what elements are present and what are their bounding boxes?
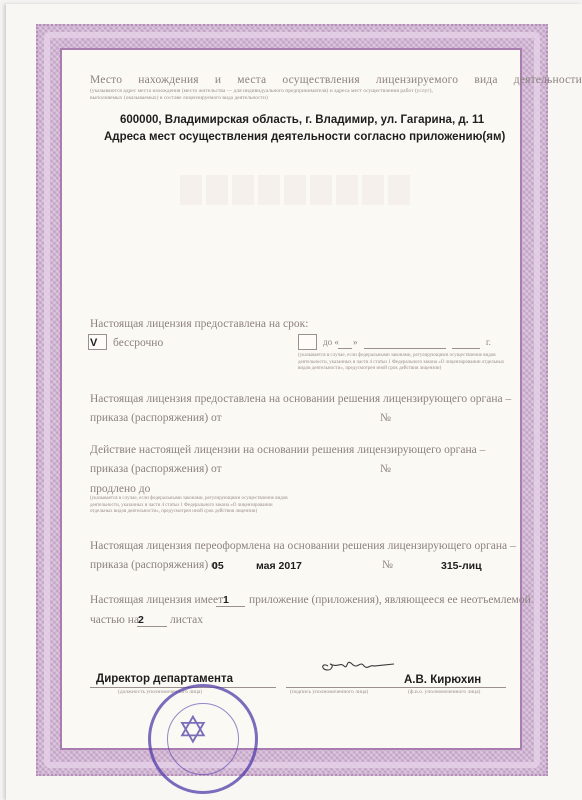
appendix-count-line xyxy=(216,606,245,607)
extended-line-1: Действие настоящей лицензии на основании… xyxy=(90,444,485,456)
term-heading: Настоящая лицензия предоставлена на срок… xyxy=(90,318,308,330)
location-note-1: (указываются адрес места нахождения (мес… xyxy=(90,88,510,95)
indefinite-label: бессрочно xyxy=(113,337,163,349)
appendix-count: 1 xyxy=(223,594,229,606)
extended-line-2: приказа (распоряжения) от xyxy=(90,463,222,475)
reissued-number: 315-лиц xyxy=(441,560,482,572)
extended-until: продлено до xyxy=(90,483,150,495)
extended-note: (указывается в случае, если федеральными… xyxy=(90,496,290,516)
appendix-part-4: листах xyxy=(170,614,203,626)
until-day-line xyxy=(338,348,352,349)
reissued-line-1: Настоящая лицензия переоформлена на осно… xyxy=(90,540,516,552)
granted-line-1: Настоящая лицензия предоставлена на осно… xyxy=(90,393,511,405)
appendix-part-3: частью на xyxy=(90,614,139,626)
granted-number-label: № xyxy=(380,412,391,424)
reissued-month-year: мая 2017 xyxy=(256,560,302,572)
location-heading: Место нахождения и места осуществления л… xyxy=(90,74,510,86)
reissued-line-2: приказа (распоряжения) о xyxy=(90,559,217,571)
indefinite-checkbox[interactable]: V xyxy=(88,334,107,350)
appendix-part-2: приложение (приложения), являющееся ее н… xyxy=(249,594,531,606)
addresses-note: Адреса мест осуществления деятельности с… xyxy=(104,131,505,143)
double-headed-eagle-icon: ✡ xyxy=(177,711,209,751)
show-through-text xyxy=(180,175,410,205)
sheets-count-line xyxy=(137,626,167,627)
location-note-2: выполняемых (оказываемых) в составе лице… xyxy=(90,95,510,102)
year-suffix: г. xyxy=(486,337,491,347)
sheets-count: 2 xyxy=(138,614,144,626)
until-label: до « xyxy=(323,337,339,347)
extended-number-label: № xyxy=(380,463,391,475)
handwritten-signature xyxy=(318,652,398,678)
until-month-line xyxy=(364,348,446,349)
signer-position: Директор департамента xyxy=(96,673,233,685)
until-year-line xyxy=(452,348,480,349)
signer-name: А.В. Кирюхин xyxy=(404,674,481,686)
official-stamp: ✡ xyxy=(148,684,258,794)
appendix-part-1: Настоящая лицензия имеет xyxy=(90,594,223,606)
granted-line-2: приказа (распоряжения) от xyxy=(90,412,222,424)
address-value: 600000, Владимирская область, г. Владими… xyxy=(120,114,484,126)
name-note: (ф.и.о. уполномоченного лица) xyxy=(408,689,480,696)
reissued-day: 05 xyxy=(212,560,224,572)
reissued-number-label: № xyxy=(382,559,393,571)
until-note: (указывается в случае, если федеральными… xyxy=(298,353,514,373)
until-date-checkbox[interactable] xyxy=(298,334,317,350)
until-quote-close: » xyxy=(353,337,358,347)
signature-note: (подпись уполномоченного лица) xyxy=(290,689,368,696)
signature-line xyxy=(286,687,408,688)
name-line xyxy=(398,687,506,688)
